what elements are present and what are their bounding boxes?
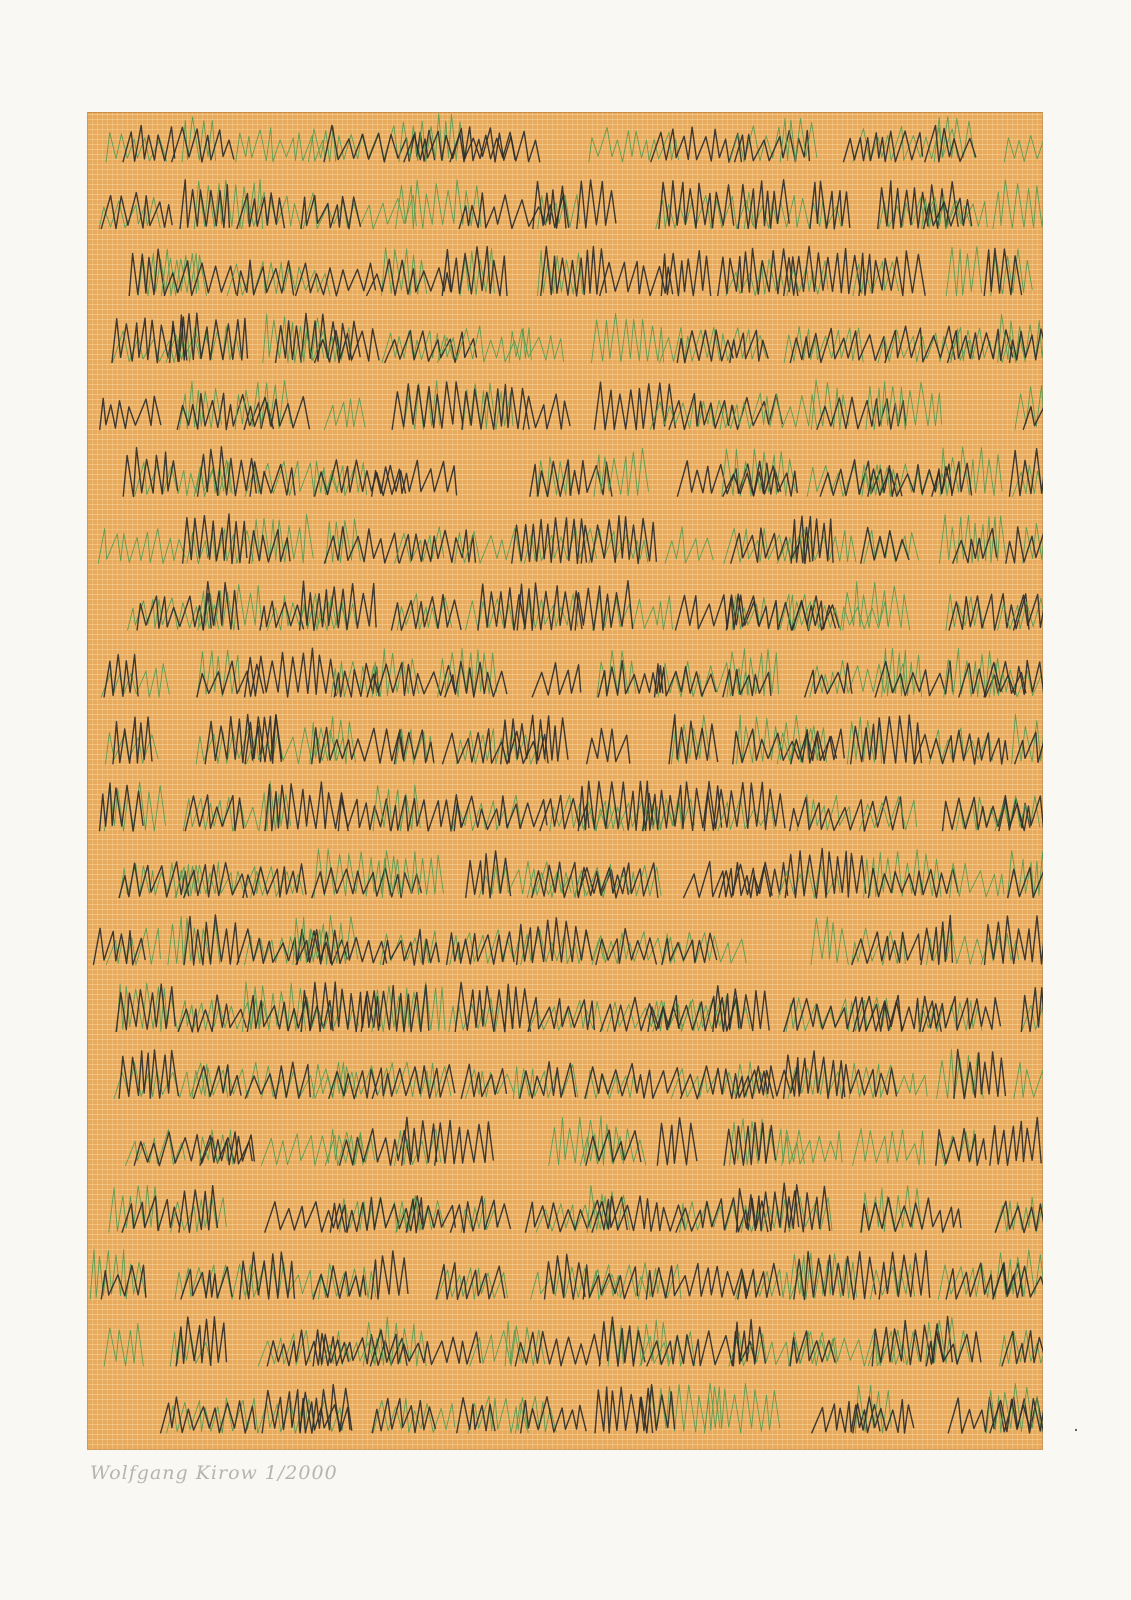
artwork-print (87, 112, 1043, 1450)
scribble-pattern (87, 112, 1043, 1450)
paper-speck (1075, 1429, 1077, 1431)
artist-signature: Wolfgang Kirow 1/2000 (90, 1462, 338, 1484)
